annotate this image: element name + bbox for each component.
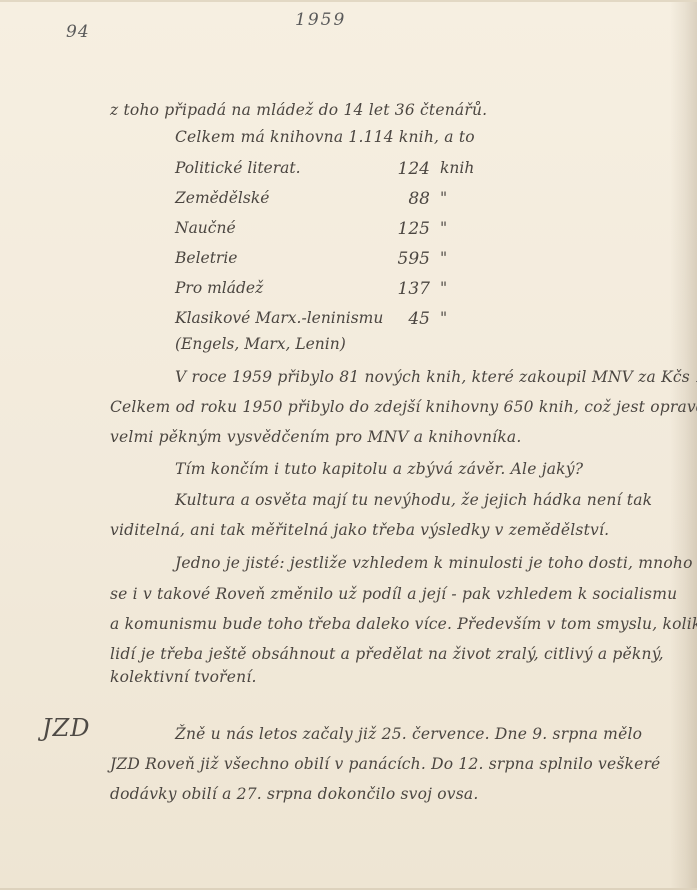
jzd-margin-label: JZD [42,714,91,742]
inventory-unit: knih [440,159,474,177]
inventory-unit: " [440,249,447,267]
jzd-line: Žně u nás letos začaly již 25. července.… [175,724,642,744]
inventory-category: Zemědělské [175,189,269,207]
page-number: 94 [66,22,90,42]
inventory-count: 45 [390,309,430,329]
inventory-count: 595 [390,249,430,269]
inventory-count: 88 [390,189,430,209]
inventory-count: 137 [390,279,430,299]
inventory-row: Naučné 125 " [175,217,475,247]
intro-line: Celkem má knihovna 1.114 knih, a to [175,127,475,147]
inventory-row: Zemědělské 88 " [175,187,475,217]
inventory-unit: " [440,189,447,207]
jzd-line: JZD Roveň již všechno obilí v panácích. … [110,754,660,774]
inventory-note: (Engels, Marx, Lenin) [175,335,346,353]
paragraph-line: Kultura a osvěta mají tu nevýhodu, že je… [175,490,652,510]
paragraph-line: Jedno je jisté: jestliže vzhledem k minu… [175,553,693,573]
paragraph-line: V roce 1959 přibylo 81 nových knih, kter… [175,367,697,387]
inventory-unit: " [440,279,447,297]
inventory-unit: " [440,309,447,327]
inventory-row: Politické literat. 124 knih [175,157,475,187]
inventory-category: Politické literat. [175,159,301,177]
paragraph-line: viditelná, ani tak měřitelná jako třeba … [110,520,609,540]
inventory-row: Klasikové Marx.-leninismu 45 " [175,307,475,337]
inventory-count: 124 [390,159,430,179]
inventory-category: Naučné [175,219,236,237]
inventory-row: Pro mládež 137 " [175,277,475,307]
inventory-category: Klasikové Marx.-leninismu [175,309,383,327]
inventory-unit: " [440,219,447,237]
paragraph-line: velmi pěkným vysvědčením pro MNV a kniho… [110,427,521,447]
intro-line: z toho připadá na mládež do 14 let 36 čt… [110,100,487,120]
inventory-category: Pro mládež [175,279,263,297]
paragraph-line: Tím končím i tuto kapitolu a zbývá závěr… [175,459,583,479]
inventory-row: Beletrie 595 " [175,247,475,277]
year-heading: 1959 [295,10,346,30]
paragraph-line: a komunismu bude toho třeba daleko více.… [110,614,697,634]
inventory-category: Beletrie [175,249,237,267]
library-inventory-table: Politické literat. 124 knih Zemědělské 8… [175,157,475,337]
inventory-count: 125 [390,219,430,239]
manuscript-page: 94 1959 z toho připadá na mládež do 14 l… [0,0,697,890]
paragraph-line: se i v takové Roveň změnilo už podíl a j… [110,584,677,604]
jzd-line: dodávky obilí a 27. srpna dokončilo svoj… [110,784,479,804]
paragraph-line: Celkem od roku 1950 přibylo do zdejší kn… [110,397,697,417]
paragraph-line: lidí je třeba ještě obsáhnout a předělat… [110,644,664,664]
paragraph-line: kolektivní tvoření. [110,667,257,687]
